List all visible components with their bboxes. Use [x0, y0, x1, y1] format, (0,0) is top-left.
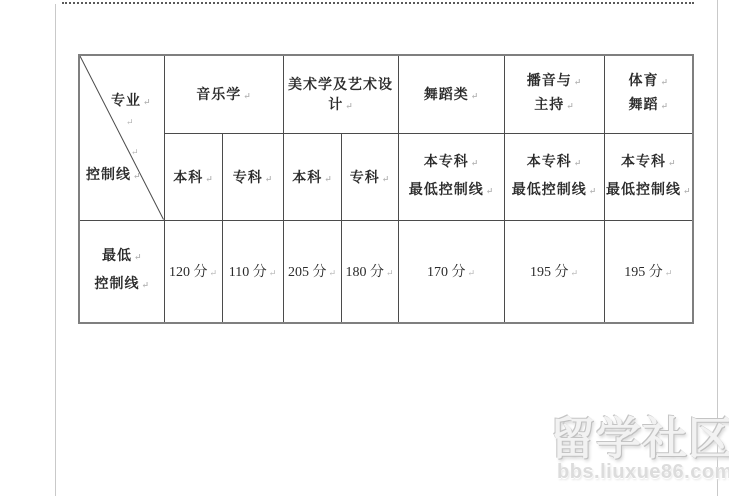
value-music-undergrad: 120 分 [164, 220, 222, 323]
subheader-line1: 本专科 [605, 149, 693, 177]
header-music-label: 音乐学 [196, 88, 251, 103]
score-table: 专业 控制线 音乐学 美术学及艺术设计 舞蹈类 播音与 主持 [78, 54, 694, 324]
page-left-margin-line [55, 4, 56, 496]
header-fine-arts-design: 美术学及艺术设计 [283, 55, 398, 133]
paragraph-mark [126, 114, 135, 130]
subheader-arts-college: 专科 [341, 133, 398, 220]
subheader-label: 本科 [173, 171, 213, 186]
subheader-line1: 本专科 [399, 149, 504, 177]
header-dance: 舞蹈类 [398, 55, 504, 133]
score-value: 195 分 [530, 265, 578, 280]
table-values-row: 最低 控制线 120 分 110 分 205 分 180 分 170 分 [79, 220, 693, 323]
header-fine-arts-design-label: 美术学及艺术设计 [288, 78, 393, 113]
header-broadcasting-line2: 主持 [505, 94, 604, 118]
table-header-row-majors: 专业 控制线 音乐学 美术学及艺术设计 舞蹈类 播音与 主持 [79, 55, 693, 133]
header-sports-dance: 体育 舞蹈 [604, 55, 693, 133]
value-dance: 170 分 [398, 220, 504, 323]
subheader-broadcasting-min-control-line: 本专科 最低控制线 [504, 133, 604, 220]
row-header-min-control-line: 最低 控制线 [79, 220, 164, 323]
document-page: 专业 控制线 音乐学 美术学及艺术设计 舞蹈类 播音与 主持 [0, 0, 729, 496]
header-broadcasting-line1: 播音与 [505, 70, 604, 94]
paragraph-mark [131, 144, 140, 160]
subheader-line2: 最低控制线 [399, 177, 504, 205]
corner-label-control-line: 控制线 [86, 164, 141, 184]
value-arts-undergrad: 205 分 [283, 220, 341, 323]
value-sports-dance: 195 分 [604, 220, 693, 323]
header-dance-label: 舞蹈类 [424, 88, 479, 103]
subheader-music-college: 专科 [222, 133, 283, 220]
score-value: 195 分 [624, 265, 672, 280]
subheader-line2: 最低控制线 [605, 177, 693, 205]
watermark-site-url: bbs.liuxue86.com [557, 462, 729, 482]
top-dotted-rule [62, 2, 694, 4]
subheader-label: 本科 [292, 171, 332, 186]
header-sports-dance-line1: 体育 [605, 70, 693, 94]
score-value: 205 分 [288, 265, 336, 280]
value-music-college: 110 分 [222, 220, 283, 323]
score-value: 110 分 [229, 265, 277, 280]
header-sports-dance-line2: 舞蹈 [605, 94, 693, 118]
subheader-dance-min-control-line: 本专科 最低控制线 [398, 133, 504, 220]
subheader-music-undergrad: 本科 [164, 133, 222, 220]
header-music: 音乐学 [164, 55, 283, 133]
subheader-sports-dance-min-control-line: 本专科 最低控制线 [604, 133, 693, 220]
watermark-logo-text: 留学社区 [550, 416, 729, 461]
row-header-line2: 控制线 [80, 271, 164, 299]
corner-diagonal-cell: 专业 控制线 [79, 55, 164, 220]
score-value: 170 分 [427, 265, 475, 280]
subheader-label: 专科 [233, 171, 273, 186]
score-value: 180 分 [346, 265, 394, 280]
corner-label-major: 专业 [111, 90, 151, 110]
table-subheader-row-levels: 本科 专科 本科 专科 本专科 最低控制线 本专科 最低控制线 [79, 133, 693, 220]
subheader-line2: 最低控制线 [505, 177, 604, 205]
value-arts-college: 180 分 [341, 220, 398, 323]
subheader-label: 专科 [350, 171, 390, 186]
score-value: 120 分 [169, 265, 217, 280]
value-broadcasting: 195 分 [504, 220, 604, 323]
watermark: 留学社区 bbs.liuxue86.com [550, 416, 729, 482]
diagonal-line [80, 56, 164, 220]
header-broadcasting-hosting: 播音与 主持 [504, 55, 604, 133]
row-header-line1: 最低 [80, 243, 164, 271]
subheader-arts-undergrad: 本科 [283, 133, 341, 220]
subheader-line1: 本专科 [505, 149, 604, 177]
